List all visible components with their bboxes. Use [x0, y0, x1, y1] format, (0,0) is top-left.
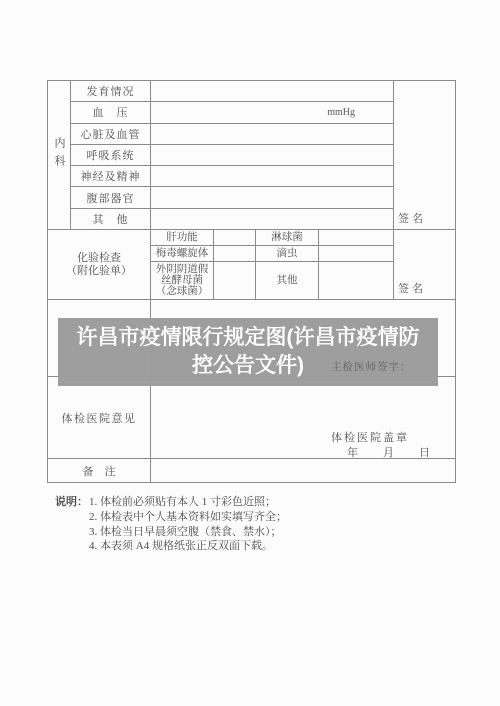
signature-label: 签名 — [398, 280, 426, 296]
lab-section-label: 化验检查 （附化验单） — [48, 230, 151, 299]
row-value — [151, 81, 393, 101]
table-row: 呼吸系统 — [71, 145, 393, 166]
row-label: 呼吸系统 — [71, 145, 151, 165]
hospital-stamp-label: 体检医院盖章 — [331, 429, 409, 445]
lab-item-value — [214, 230, 256, 245]
banner-title-line2: 控公告文件) — [192, 352, 304, 380]
lab-item-name: 淋球菌 — [256, 230, 319, 245]
row-value — [151, 166, 393, 186]
lab-item-value — [214, 246, 256, 261]
row-value: mmHg — [151, 102, 393, 122]
row-label: 其 他 — [71, 209, 151, 229]
internal-group-label: 内科 — [51, 137, 67, 173]
note-item: 1. 体检前必须贴有本人 1 寸彩色近照； — [89, 495, 287, 510]
lab-item-value — [214, 262, 256, 299]
remark-label: 备 注 — [48, 459, 151, 482]
watermark-banner: 许昌市疫情限行规定图(许昌市疫情防 控公告文件) — [58, 318, 438, 386]
table-row: 神经及精神 — [71, 166, 393, 187]
exam-form-table: 内科 发育情况 血 压 mmHg 心脏及血管 呼吸系统 — [47, 80, 456, 483]
row-label: 血 压 — [71, 102, 151, 122]
row-label: 心脏及血管 — [71, 124, 151, 144]
hospital-opinion-content: 体检医院盖章 年 月 日 — [151, 377, 455, 458]
hospital-opinion-row: 体检医院意见 体检医院盖章 年 月 日 — [48, 376, 455, 458]
row-value — [151, 124, 393, 144]
notes-section: 说明： 1. 体检前必须贴有本人 1 寸彩色近照； 2. 体检表中个人基本资料如… — [55, 495, 287, 554]
table-row: 腹部器官 — [71, 187, 393, 208]
row-label: 神经及精神 — [71, 166, 151, 186]
row-value — [151, 145, 393, 165]
internal-rows: 发育情况 血 压 mmHg 心脏及血管 呼吸系统 神经及精神 — [71, 81, 393, 229]
hospital-opinion-label: 体检医院意见 — [48, 377, 151, 458]
table-row: 其 他 — [71, 209, 393, 229]
internal-signature-cell: 签名 — [393, 81, 455, 229]
table-row: 发育情况 — [71, 81, 393, 102]
table-row: 血 压 mmHg — [71, 102, 393, 123]
remark-content — [151, 459, 455, 482]
note-item: 2. 体检表中个人基本资料如实填写齐全； — [89, 510, 287, 525]
table-row: 梅毒螺旋体 滴虫 — [151, 246, 393, 262]
row-label: 腹部器官 — [71, 187, 151, 207]
note-item: 4. 本表须 A4 规格纸张正反双面下载。 — [89, 539, 287, 554]
table-row: 外阴阴道假 丝酵母菌 （念球菌） 其他 — [151, 262, 393, 299]
lab-item-name: 外阴阴道假 丝酵母菌 （念球菌） — [151, 262, 214, 299]
signature-label: 签名 — [398, 210, 426, 226]
lab-test-section: 化验检查 （附化验单） 肝功能 淋球菌 梅毒螺旋体 滴虫 外阴阴道假 丝酵母菌 — [48, 229, 455, 299]
notes-label: 说明： — [55, 495, 89, 554]
lab-label-line2: （附化验单） — [66, 265, 132, 278]
lab-item-name: 肝功能 — [151, 230, 214, 245]
remark-row: 备 注 — [48, 458, 455, 482]
lab-signature-cell: 签名 — [393, 230, 455, 299]
table-row: 肝功能 淋球菌 — [151, 230, 393, 246]
lab-item-name: 滴虫 — [256, 246, 319, 261]
lab-label-line1: 化验检查 — [77, 252, 121, 265]
lab-rows: 肝功能 淋球菌 梅毒螺旋体 滴虫 外阴阴道假 丝酵母菌 （念球菌） 其他 — [151, 230, 393, 299]
table-row: 心脏及血管 — [71, 124, 393, 145]
lab-item-value — [319, 246, 393, 261]
scanned-exam-form-page: 内科 发育情况 血 压 mmHg 心脏及血管 呼吸系统 — [0, 0, 500, 706]
date-line-label: 年 月 日 — [347, 444, 437, 460]
lab-item-value — [319, 262, 393, 299]
chief-physician-signature-label: 主检医师签字： — [331, 359, 412, 374]
lab-item-name: 其他 — [256, 262, 319, 299]
lab-item-value — [319, 230, 393, 245]
row-value — [151, 209, 393, 229]
internal-group-cell: 内科 — [48, 81, 71, 229]
lab-item-name: 梅毒螺旋体 — [151, 246, 214, 261]
row-label: 发育情况 — [71, 81, 151, 101]
notes-items: 1. 体检前必须贴有本人 1 寸彩色近照； 2. 体检表中个人基本资料如实填写齐… — [89, 495, 287, 554]
banner-title-line1: 许昌市疫情限行规定图(许昌市疫情防 — [77, 324, 420, 352]
row-value — [151, 187, 393, 207]
internal-medicine-section: 内科 发育情况 血 压 mmHg 心脏及血管 呼吸系统 — [48, 81, 455, 229]
note-item: 3. 体检当日早晨须空腹（禁食、禁水）； — [89, 525, 287, 540]
